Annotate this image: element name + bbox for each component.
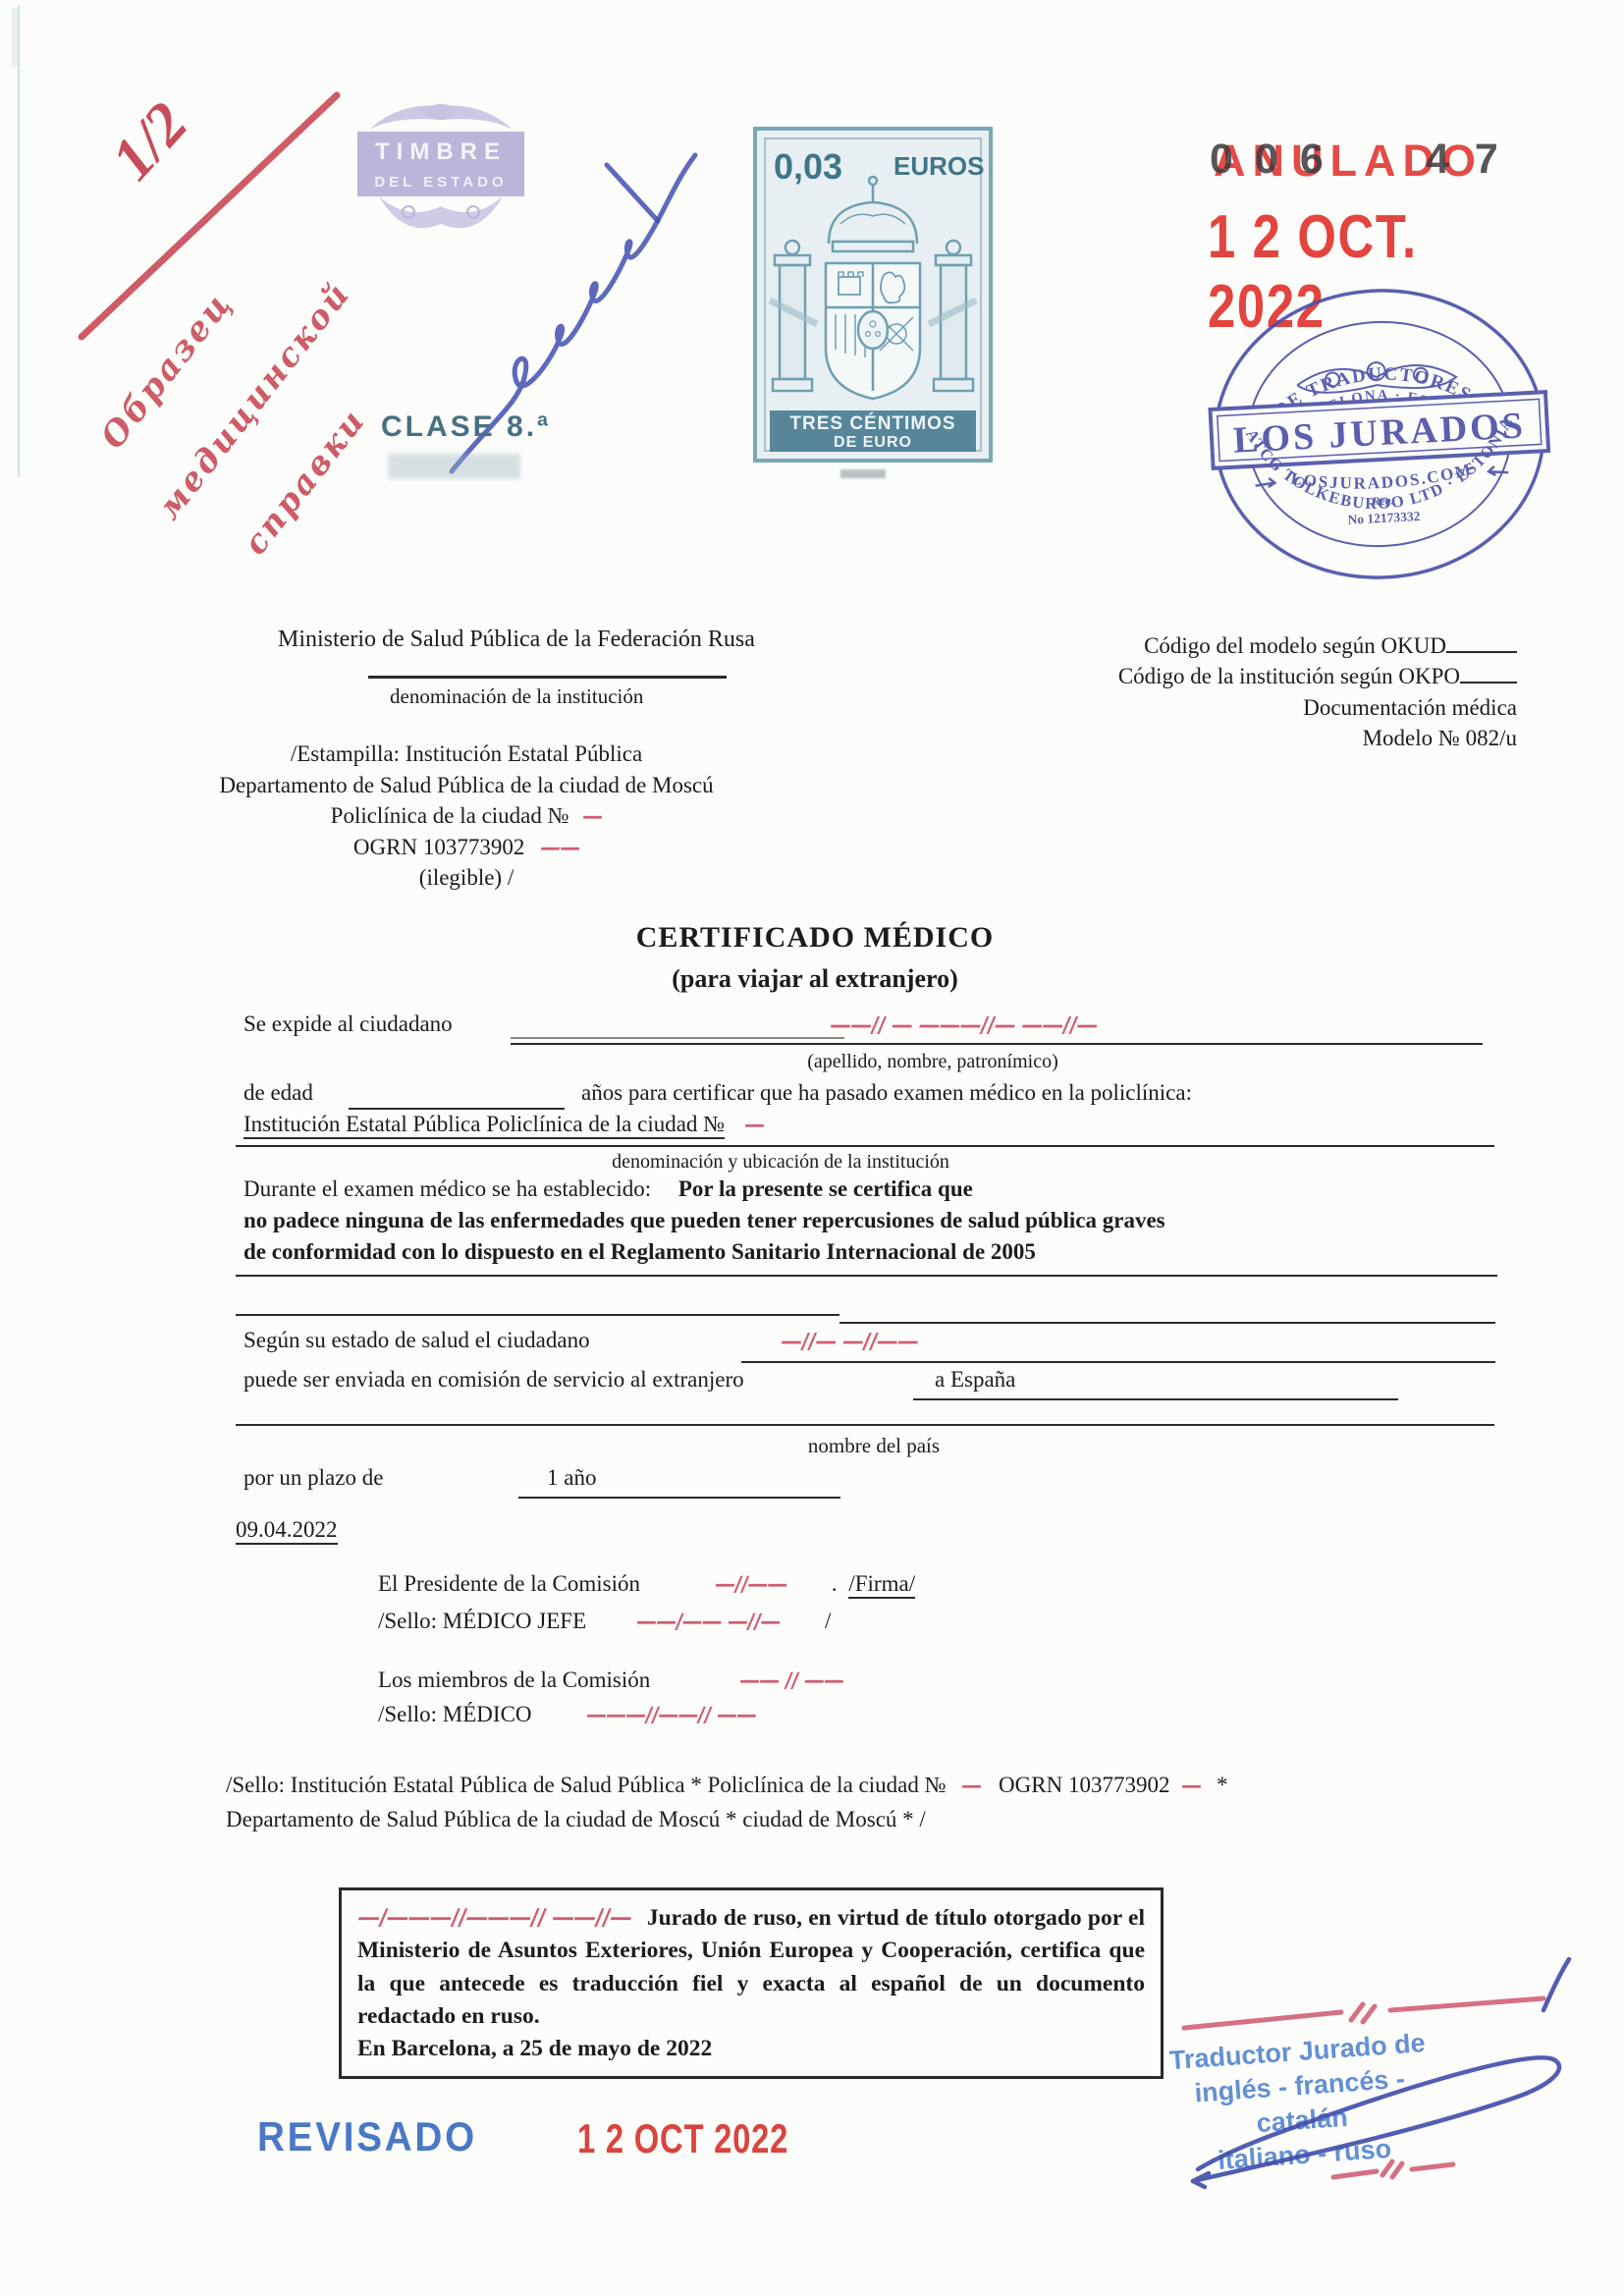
sello-medico-line: /Sello: MÉDICO ———∕∕——∕∕ —— (378, 1702, 756, 1727)
ministry-underline (368, 676, 727, 679)
euro-band-line1: TRES CÉNTIMOS (789, 412, 955, 434)
se-expide-label: Se expide al ciudadano (244, 1011, 453, 1037)
redaction-mark: — (743, 1115, 765, 1135)
revisado-stamp: REVISADO (257, 2113, 477, 2160)
blue-handwriting-signature (432, 128, 756, 501)
estampilla-line3: Policlínica de la ciudad № — (211, 800, 722, 832)
conformidad-line: de conformidad con lo dispuesto en el Re… (244, 1239, 1036, 1265)
scan-artifact-line (18, 6, 20, 477)
espana-field-line (913, 1398, 1398, 1400)
ministry-name: Ministerio de Salud Pública de la Federa… (278, 627, 755, 653)
institucion-line: Institución Estatal Pública Policlínica … (244, 1112, 764, 1137)
certifica-text: Por la presente se certifica que (678, 1176, 973, 1201)
section-line-2b (839, 1322, 1495, 1324)
no-padece-line: no padece ninguna de las enfermedades qu… (244, 1208, 1165, 1233)
euro-value: 0,03 (774, 146, 842, 187)
fecha-emision: 09.04.2022 (236, 1517, 338, 1543)
miembros-line: Los miembros de la Comisión —— ∕∕ —— (378, 1667, 843, 1693)
clase-label: CLASE 8.ª (381, 410, 551, 444)
redaction-name: ——∕∕ — ———∕∕— ——∕∕— (829, 1015, 1099, 1037)
euro-currency: EUROS (893, 151, 984, 181)
de-edad-label: de edad (244, 1080, 313, 1106)
okpo-line: Código de la institución según OKPO (962, 661, 1517, 691)
okud-blank (1446, 633, 1517, 653)
denominacion-caption: denominación y ubicación de la instituci… (486, 1151, 1075, 1174)
firma-dot: . (832, 1571, 838, 1596)
ministry-caption: denominación de la institución (390, 684, 643, 709)
durante-line: Durante el examen médico se ha estableci… (244, 1176, 973, 1202)
clase-serial-blur (388, 454, 520, 479)
document-title: CERTIFICADO MÉDICO (295, 921, 1335, 955)
section-line-1 (236, 1275, 1497, 1277)
scanned-document-page: 1/2 Образец медицинской справки TIMBRE D… (0, 0, 1624, 2296)
sello-institucion-line1: /Sello: Institución Estatal Pública de S… (226, 1773, 1227, 1798)
codes-block: Código del modelo según OKUD Código de l… (962, 630, 1517, 753)
document-subtitle: (para viajar al extranjero) (295, 964, 1335, 994)
sello-institucion-line2: Departamento de Salud Pública de la ciud… (226, 1807, 926, 1832)
numbering-digits-left: 006 (1210, 136, 1345, 184)
nombre-pais-caption: nombre del país (727, 1434, 1021, 1458)
plazo-value: 1 año (547, 1465, 596, 1491)
euro-tax-stamp: 0,03 EUROS (752, 126, 994, 464)
estampilla-block: /Estampilla: Institución Estatal Pública… (211, 738, 722, 894)
institucion-long-line (236, 1145, 1494, 1147)
segun-label: Según su estado de salud el ciudadano (244, 1328, 590, 1353)
sello-ogrn: OGRN 103773902 (999, 1773, 1169, 1797)
presidente-line: El Presidente de la Comisión —∕∕—— . /Fi… (378, 1571, 915, 1597)
sello-jefe-line: /Sello: MÉDICO JEFE ——∕—— —∕∕— / (378, 1609, 831, 1634)
pen-strokes-bottom-right (1100, 1949, 1610, 2224)
redaction-miembros: —— ∕∕ —— (738, 1670, 844, 1691)
redaction-translator-name: —∕———∕∕———∕∕ ——∕∕— (356, 1907, 632, 1930)
redaction-mark: — (960, 1776, 982, 1796)
anos-texto: años para certificar que ha pasado exame… (581, 1080, 1192, 1106)
name-field-line (511, 1043, 1483, 1045)
redaction-presidente: —∕∕—— (714, 1574, 788, 1595)
los-jurados-seal: CENTRO DE TRADUCTORES JURADOS BARCELONA … (1202, 278, 1556, 590)
modelo-line: Modelo № 082/u (962, 723, 1517, 753)
closing-slash: / (825, 1609, 831, 1633)
redaction-segun: —∕∕— —∕∕—— (780, 1332, 919, 1353)
translator-certification-box: —∕———∕∕———∕∕ ——∕∕—Jurado de ruso, en vir… (339, 1887, 1164, 2079)
a-espana-value: a España (935, 1367, 1015, 1393)
redaction-mark: — (1180, 1776, 1202, 1796)
firma-label: /Firma/ (848, 1571, 915, 1599)
certification-date-line: En Barcelona, a 25 de mayo de 2022 (357, 2033, 1145, 2065)
anulado-stamp: ANULADO 006 47 (1214, 136, 1528, 198)
doc-medica-line: Documentación médica (962, 692, 1517, 723)
okud-line: Código del modelo según OKUD (962, 630, 1517, 661)
estampilla-line1: /Estampilla: Institución Estatal Pública (211, 738, 722, 770)
redaction-mark: — (581, 806, 603, 827)
plazo-field-line (518, 1497, 840, 1499)
euro-band-line2: DE EURO (834, 434, 912, 451)
segun-field-line (741, 1361, 1495, 1363)
revisado-date-stamp: 1 2 OCT 2022 (577, 2115, 788, 2162)
apellido-caption: (apellido, nombre, patronímico) (628, 1051, 1237, 1073)
name-field-line-ghost (511, 1037, 844, 1039)
puede-ser-label: puede ser enviada en comisión de servici… (244, 1367, 744, 1393)
scan-artifact-mark (12, 8, 18, 67)
edad-blank-line (349, 1108, 565, 1110)
redaction-mark: —— (539, 838, 580, 858)
redaction-sello-jefe: ——∕—— —∕∕— (635, 1612, 782, 1632)
estampilla-line5: (ilegible) / (211, 862, 722, 894)
estampilla-line2: Departamento de Salud Pública de la ciud… (211, 770, 722, 801)
estampilla-line4: OGRN 103773902 —— (211, 832, 722, 863)
numbering-digits-right: 47 (1426, 136, 1524, 184)
section-line-3 (236, 1424, 1494, 1426)
plazo-label: por un plazo de (244, 1465, 383, 1491)
section-line-2a (236, 1314, 839, 1316)
sello-asterisk: * (1217, 1773, 1228, 1797)
euro-stamp-mint-mark (840, 469, 886, 478)
redaction-sello-medico: ———∕∕——∕∕ —— (585, 1705, 757, 1725)
certification-paragraph: —∕———∕∕———∕∕ ——∕∕—Jurado de ruso, en vir… (357, 1902, 1145, 2033)
okpo-blank (1460, 664, 1517, 683)
